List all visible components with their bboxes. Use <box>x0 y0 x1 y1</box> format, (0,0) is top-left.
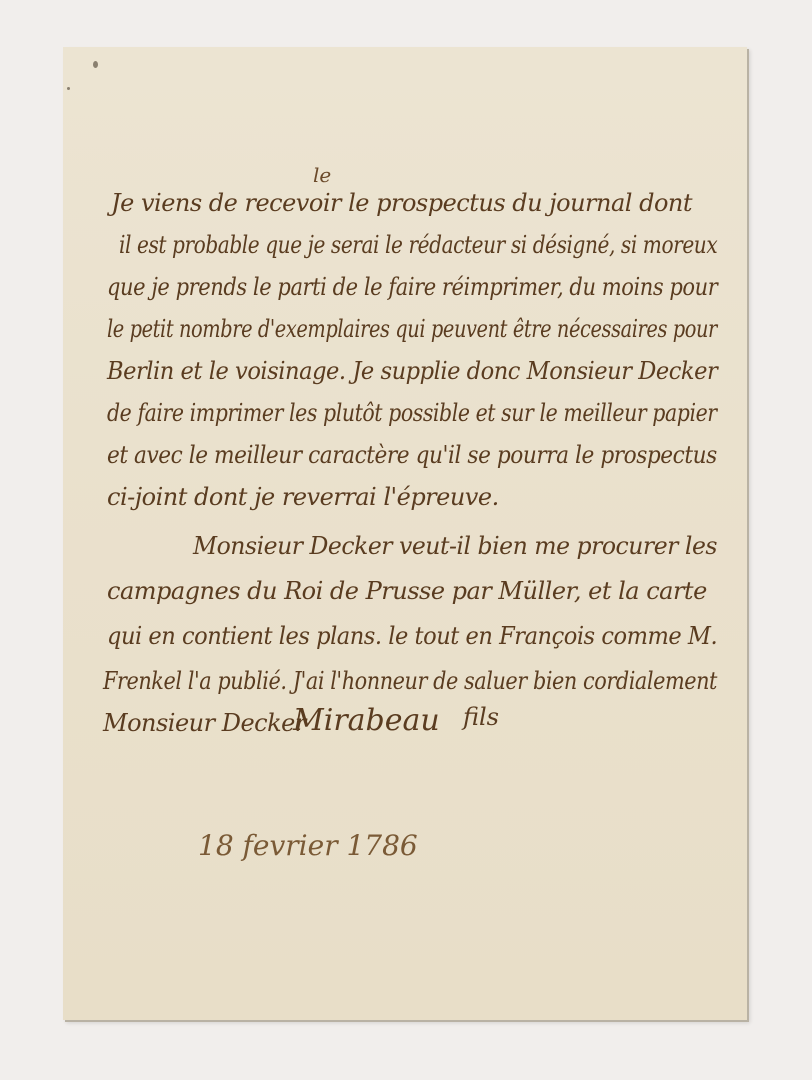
letter-line: Berlin et le voisinage. Je supplie donc … <box>107 357 717 385</box>
paper-spot <box>93 61 98 68</box>
letter-line: le petit nombre d'exemplaires qui peuven… <box>107 315 717 343</box>
signature: Mirabeau <box>293 703 440 738</box>
letter-line: campagnes du Roi de Prusse par Müller, e… <box>107 577 707 605</box>
letter-line: Monsieur Decker veut-il bien me procurer… <box>193 532 717 560</box>
letter-line: il est probable que je serai le rédacteu… <box>119 231 717 259</box>
letter-date: 18 fevrier 1786 <box>198 829 418 862</box>
letter-line: Frenkel l'a publié. J'ai l'honneur de sa… <box>103 667 717 695</box>
signature-suffix: fils <box>463 703 499 731</box>
letter-line: Je viens de recevoir le prospectus du jo… <box>111 189 692 217</box>
letter-line: de faire imprimer les plutôt possible et… <box>107 399 717 427</box>
letter-line: que je prends le parti de le faire réimp… <box>107 273 717 301</box>
letter-line: ci-joint dont je reverrai l'épreuve. <box>107 483 499 511</box>
letter-line: qui en contient les plans. le tout en Fr… <box>107 622 717 650</box>
letter-paper: le Je viens de recevoir le prospectus du… <box>63 47 747 1020</box>
letter-line: Monsieur Decker <box>103 709 306 737</box>
paper-spot <box>67 87 70 90</box>
letter-line: et avec le meilleur caractère qu'il se p… <box>107 441 717 469</box>
text-insertion: le <box>313 163 331 187</box>
